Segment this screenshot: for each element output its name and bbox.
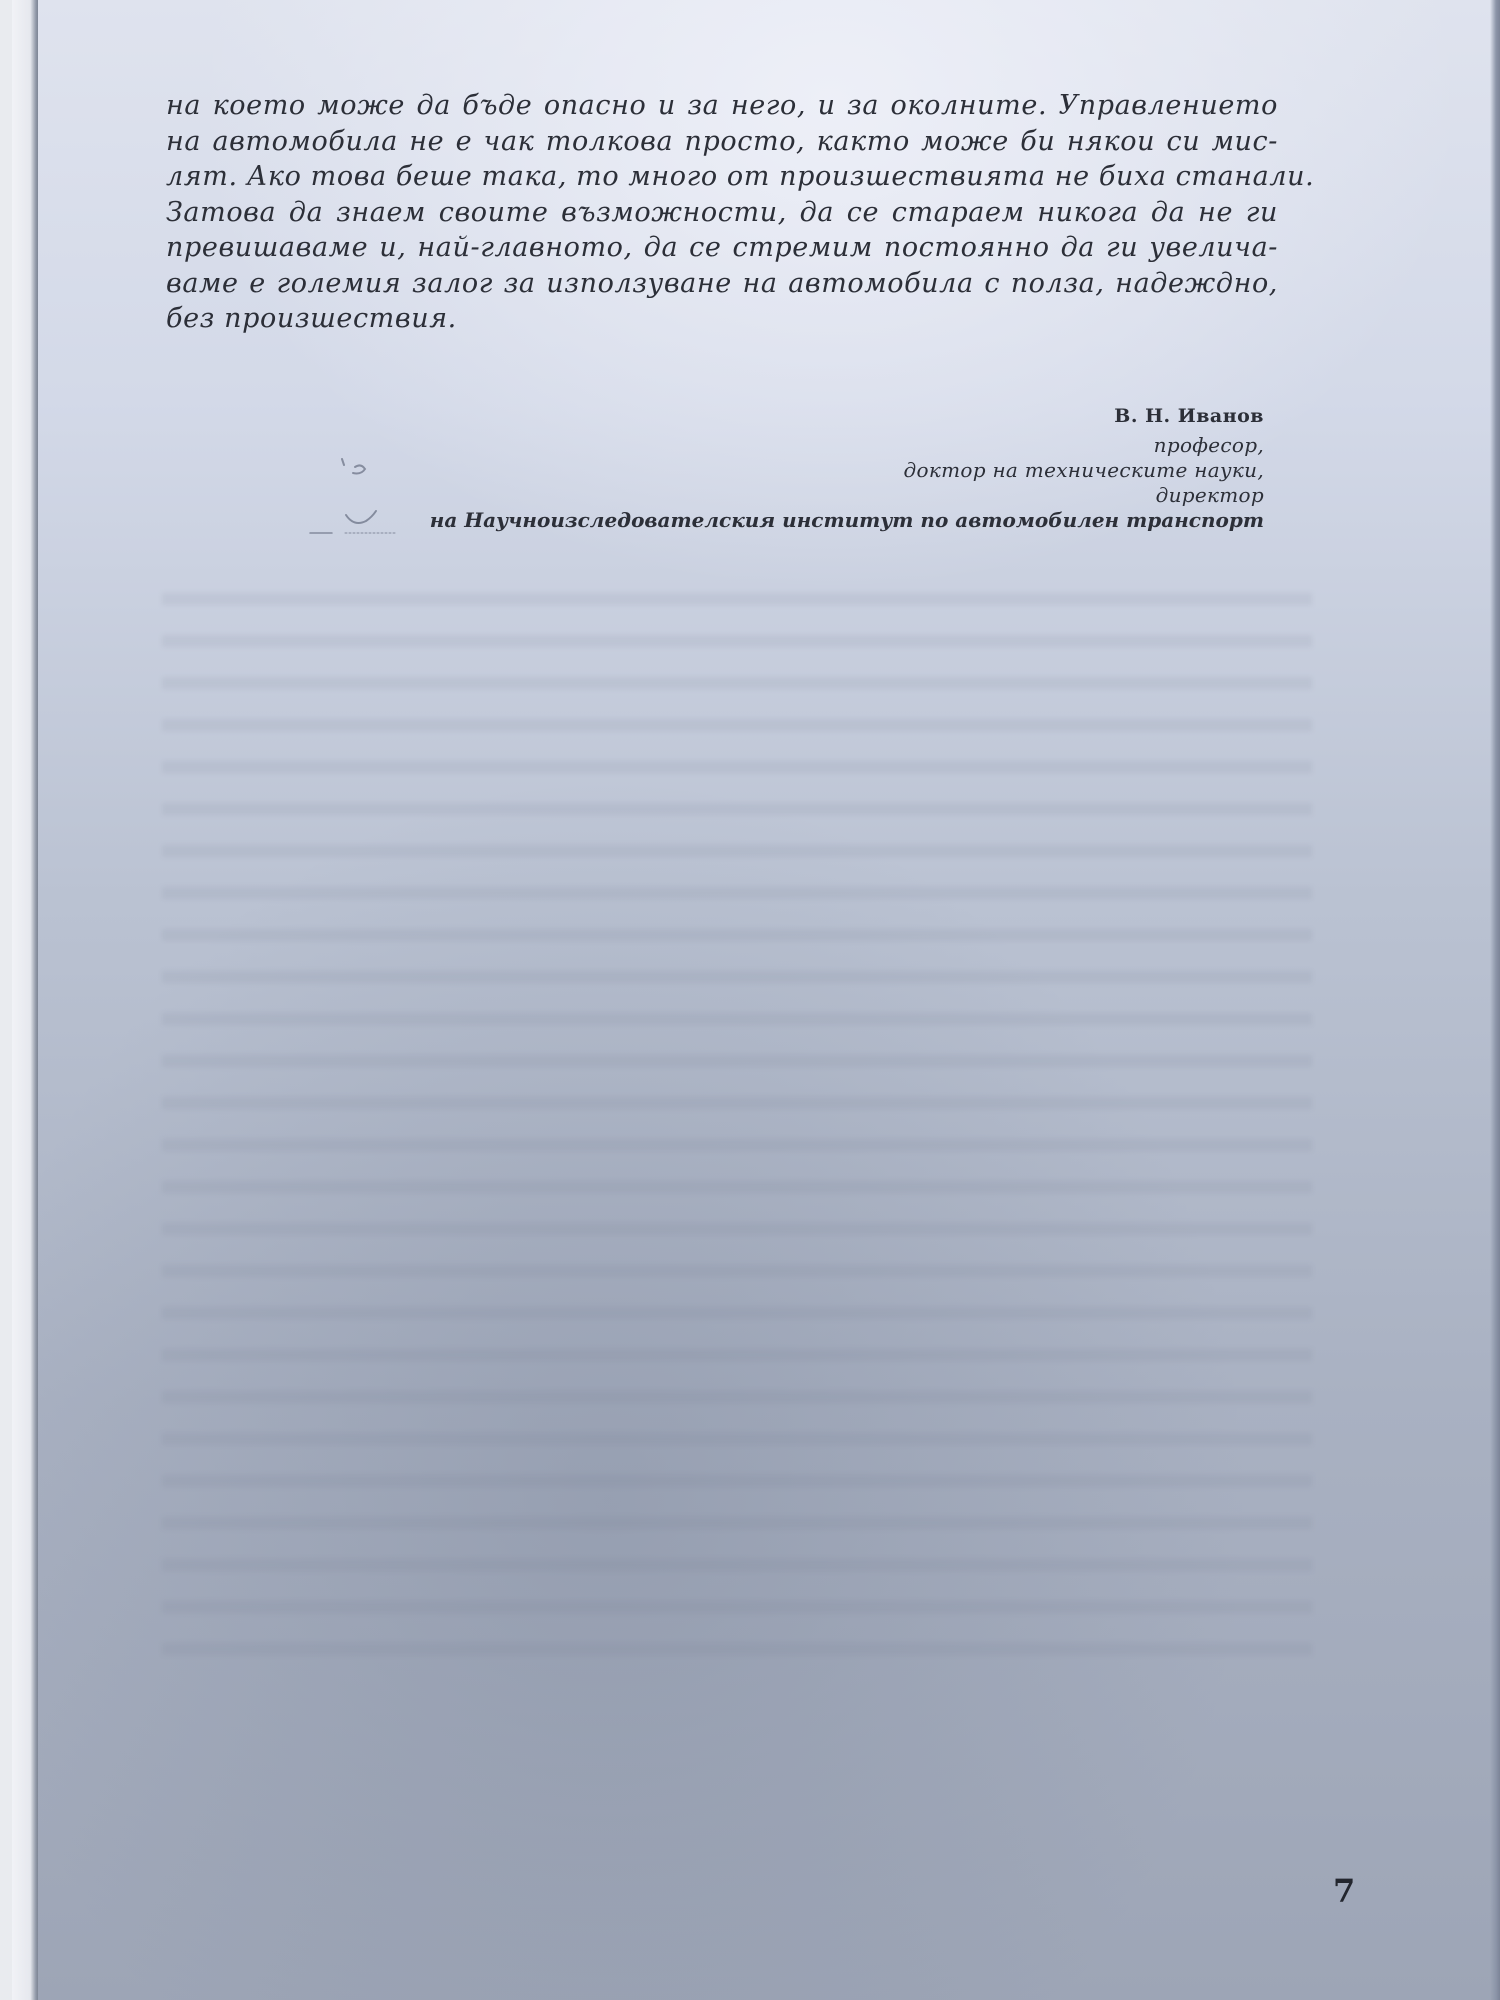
signature-block: В. Н. Иванов професор, доктор на техниче… xyxy=(430,405,1264,533)
author-name: В. Н. Иванов xyxy=(430,405,1264,427)
page-left-edge xyxy=(12,0,38,2000)
page-number: 7 xyxy=(1333,1872,1355,1910)
author-position: директор xyxy=(430,483,1264,508)
reverse-side-bleed-through xyxy=(162,570,1312,1670)
body-line: ваме е големия залог за използуване на а… xyxy=(166,266,1278,302)
author-institute: на Научноизследователския институт по ав… xyxy=(430,508,1264,533)
body-line: без произшествия. xyxy=(166,301,1278,337)
body-paragraph: на което може да бъде опасно и за него, … xyxy=(166,88,1278,337)
body-line: лят. Ако това беше така, то много от про… xyxy=(166,159,1278,195)
body-line: на автомобила не е чак толкова просто, к… xyxy=(166,124,1278,160)
author-title: професор, xyxy=(430,433,1264,458)
faint-stamp-mark-icon xyxy=(280,445,410,535)
page-right-edge xyxy=(1490,0,1500,2000)
body-line: превишаваме и, най-главното, да се стрем… xyxy=(166,230,1278,266)
body-line: на което може да бъде опасно и за него, … xyxy=(166,88,1278,124)
body-line: Затова да знаем своите възможности, да с… xyxy=(166,195,1278,231)
author-degree: доктор на техническите науки, xyxy=(430,458,1264,483)
